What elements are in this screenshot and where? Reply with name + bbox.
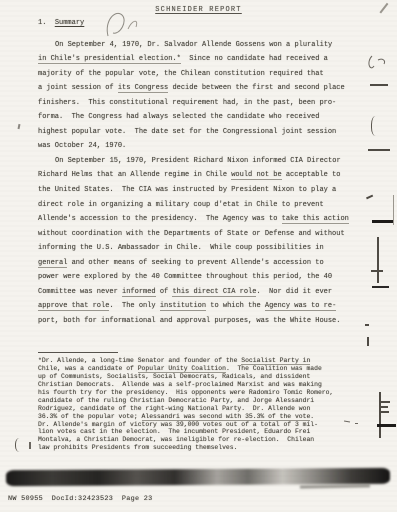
paragraph-lines: On September 4, 1970, Dr. Salvador Allen… <box>38 38 349 329</box>
text-line: general and other means of seeking to pr… <box>38 256 349 271</box>
text-line: direct role in organizing a military cou… <box>38 198 349 213</box>
margin-paren-mark <box>15 438 24 452</box>
text-line: Rodriguez, candidate of the right-wing N… <box>38 405 333 413</box>
text-line: Chile, was a candidate of Popular Unity … <box>38 365 333 373</box>
scan-smudge-band <box>6 468 390 486</box>
text-line: the United States. The CIA was instructe… <box>38 183 349 198</box>
text-line: up of Communists, Socialists, Social Dem… <box>38 373 333 381</box>
margin-scribble <box>363 52 389 78</box>
text-line: 36.3% of the popular vote; Alessandri wa… <box>38 413 333 421</box>
margin-bold-dash <box>377 424 396 427</box>
margin-tick <box>17 124 20 129</box>
text-line: in Chile's presidential election.* Since… <box>38 52 349 67</box>
text-line: Richard Helms that an Allende regime in … <box>38 168 349 183</box>
margin-dot <box>365 324 369 326</box>
text-line: Christian Democrats. Allende was a self-… <box>38 381 333 389</box>
margin-bold-dash <box>372 220 393 223</box>
margin-paren-mark <box>371 116 380 136</box>
margin-tick <box>29 442 31 449</box>
text-line: without coordination with the Department… <box>38 227 349 242</box>
section-heading: 1. Summary <box>38 16 349 31</box>
text-line: informing the U.S. Ambassador in Chile. … <box>38 241 349 256</box>
text-line: power were explored by the 40 Committee … <box>38 270 349 285</box>
text-line: Committee was never informed of this dir… <box>38 285 349 300</box>
text-line: law prohibits Presidents from succeeding… <box>38 444 333 452</box>
text-line: candidate of the ruling Christian Democr… <box>38 397 333 405</box>
text-line: Allende's accession to the presidency. T… <box>38 212 349 227</box>
text-line: On September 4, 1970, Dr. Salvador Allen… <box>38 38 349 53</box>
text-line: finishers. This constitutional requireme… <box>38 96 349 111</box>
text-line: port, both for informational and approva… <box>38 314 349 329</box>
margin-dash <box>381 401 390 403</box>
margin-dash <box>368 149 390 151</box>
margin-dash <box>372 286 389 288</box>
text-line: majority of the popular vote, the Chilea… <box>38 67 349 82</box>
margin-vertical-line <box>377 237 379 283</box>
margin-cross-mark <box>371 270 383 272</box>
archive-footer: NW 50955 DocId:32423523 Page 23 <box>8 495 153 503</box>
text-line: his fourth try for the presidency. His o… <box>38 389 333 397</box>
page-title: SCHNEIDER REPORT <box>0 6 397 14</box>
heading-spacer <box>46 19 54 27</box>
margin-dash <box>370 84 388 86</box>
margin-dot <box>355 423 358 424</box>
page-edge-line <box>393 195 394 225</box>
margin-tick <box>344 420 350 422</box>
text-line: forma. The Congress had always selected … <box>38 110 349 125</box>
scan-smudge-streak <box>300 484 370 488</box>
margin-vertical-line <box>379 392 381 438</box>
text-line: highest popular vote. The date set for t… <box>38 125 349 140</box>
text-line: a joint session of its Congress decide b… <box>38 81 349 96</box>
margin-tick <box>366 195 373 199</box>
section-title: Summary <box>55 19 84 27</box>
text-line: On September 15, 1970, President Richard… <box>38 154 349 169</box>
footnote-separator <box>38 352 118 353</box>
text-line: was October 24, 1970. <box>38 139 349 154</box>
document-body: 1. Summary On September 4, 1970, Dr. Sal… <box>38 16 349 328</box>
footnote-block: *Dr. Allende, a long-time Senator and fo… <box>38 357 333 452</box>
margin-tick <box>367 337 369 346</box>
scanned-page: SCHNEIDER REPORT 1. Summary On September… <box>0 0 397 512</box>
text-line: approve that role. The only institution … <box>38 299 349 314</box>
margin-dash <box>381 406 388 408</box>
text-line: *Dr. Allende, a long-time Senator and fo… <box>38 357 333 365</box>
margin-dash <box>381 411 389 413</box>
